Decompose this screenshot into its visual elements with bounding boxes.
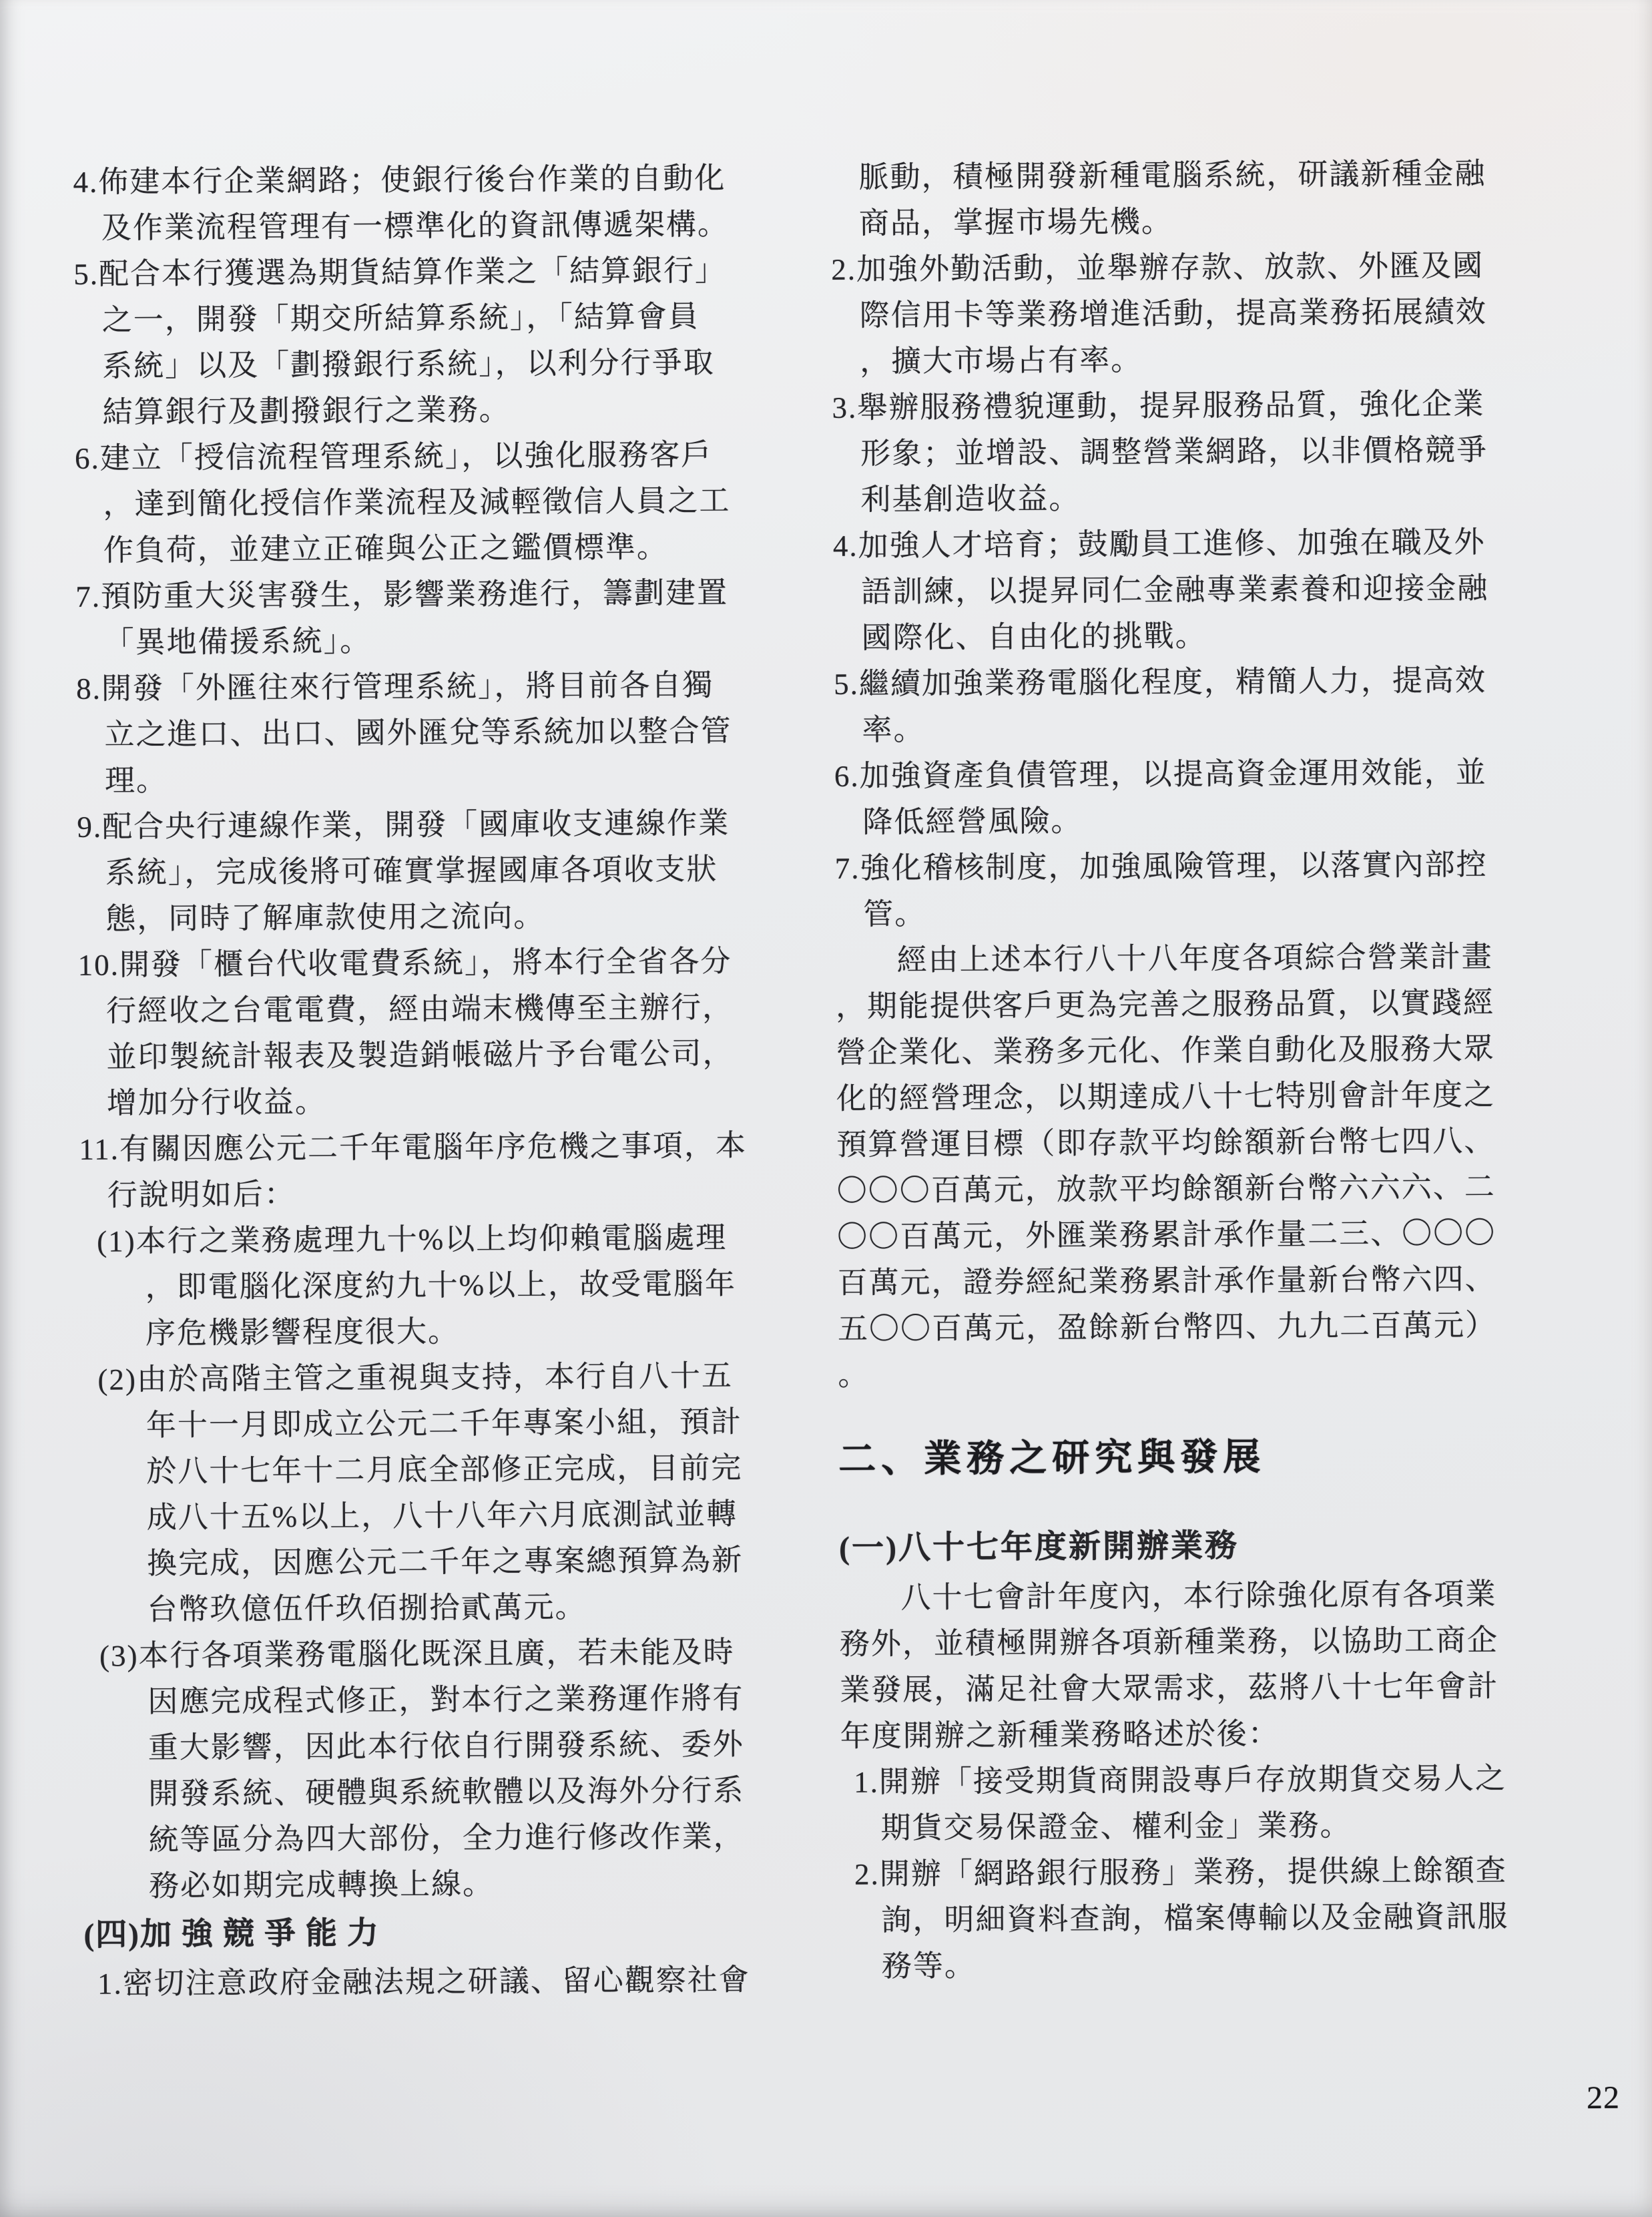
text-run: 系統」，完成後將可確實掌握國庫各項收支狀 — [105, 852, 718, 890]
text-line: (一)八十七年度新開辦業務 — [839, 1521, 1583, 1571]
text-run: 密切注意政府金融法規之研議、留心觀察社會 — [123, 1963, 750, 2001]
text-run: 序危機影響程度很大。 — [146, 1314, 459, 1350]
text-run: 期貨交易保證金、權利金」業務。 — [880, 1808, 1351, 1844]
text-run: 強化稽核制度，加強風險管理，以落實內部控 — [860, 848, 1487, 885]
text-run: 因應完成程式修正，對本行之業務運作將有 — [148, 1682, 744, 1718]
text-line: 6.建立「授信流程管理系統」，以強化服務客戶 — [75, 431, 806, 482]
text-line: 商品，掌握市場先機。 — [831, 196, 1575, 247]
text-run: 及作業流程管理有一標準化的資訊傳遞架構。 — [101, 208, 729, 245]
text-run: 國際化、自由化的挑戰。 — [862, 620, 1207, 655]
text-line: (四)加強競爭能力 — [83, 1908, 814, 1959]
list-item-1-continued: 脈動，積極開發新種電腦系統，研議新種金融商品，掌握市場先機。 — [830, 150, 1575, 247]
text-line: 開發系統、硬體與系統軟體以及海外分行系 — [83, 1767, 814, 1818]
text-run: 語訓練，以提昇同仁金融專業素養和迎接金融 — [861, 571, 1488, 609]
item-marker: (3) — [99, 1639, 139, 1672]
text-line: 行經收之台電電費，經由端末機傳至主辦行， — [78, 984, 809, 1035]
chapter-heading-2: 二、業務之研究與發展 — [838, 1429, 1583, 1487]
text-line: 期貨交易保證金、權利金」業務。 — [840, 1801, 1585, 1852]
text-run: 營企業化、業務多元化、作業自動化及服務大眾 — [836, 1032, 1494, 1069]
text-run: 。 — [838, 1359, 869, 1392]
text-run: 系統」以及「劃撥銀行系統」，以利分行爭取 — [102, 346, 715, 383]
text-run: 預防重大災害發生，影響業務進行，籌劃建置 — [101, 576, 728, 613]
text-run: 化的經營理念，以期達成八十七特別會計年度之 — [836, 1078, 1495, 1116]
text-line: 作負荷，並建立正確與公正之鑑價標準。 — [75, 523, 806, 574]
text-run: 脈動，積極開發新種電腦系統，研議新種金融 — [858, 157, 1486, 194]
item-marker: 1. — [97, 1967, 123, 2000]
item-marker: 11. — [79, 1132, 119, 1166]
text-run: 結算銀行及劃撥銀行之業務。 — [102, 393, 510, 429]
text-run: 率。 — [862, 713, 924, 747]
text-run: 五〇〇百萬元，盈餘新台幣四、九九二百萬元） — [838, 1308, 1496, 1346]
text-run: 開發系統、硬體與系統軟體以及海外分行系 — [148, 1774, 744, 1810]
text-run: 〇〇〇百萬元，放款平均餘額新台幣六六六、二 — [837, 1170, 1496, 1208]
text-run: 利基創造收益。 — [860, 482, 1080, 517]
text-run: 開發「外匯往來行管理系統」，將目前各自獨 — [101, 668, 714, 706]
text-line: 增加分行收益。 — [79, 1076, 810, 1127]
text-line: 務外，並積極開辦各項新種業務，以協助工商企 — [840, 1617, 1584, 1668]
list-item-10: 10.開發「櫃台代收電費系統」，將本行全省各分行經收之台電電費，經由端末機傳至主… — [77, 938, 810, 1127]
text-run: 務等。 — [882, 1949, 976, 1983]
text-run: 預算營運目標（即存款平均餘額新台幣七四八、 — [836, 1124, 1495, 1162]
text-line: 系統」以及「劃撥銀行系統」，以利分行爭取 — [74, 339, 805, 390]
text-line: (1)本行之業務處理九十%以上均仰賴電腦處理 — [79, 1214, 810, 1265]
text-run: ，即電腦化深度約九十%以上，故受電腦年 — [145, 1267, 736, 1304]
text-run: 開發「櫃台代收電費系統」，將本行全省各分 — [119, 945, 732, 982]
text-line: 9.配合央行連線作業，開發「國庫收支連線作業 — [77, 800, 808, 850]
list-item-1: 1.密切注意政府金融法規之研議、留心觀察社會 — [84, 1957, 815, 2007]
item-marker: 7. — [75, 580, 101, 613]
text-line: 〇〇〇百萬元，放款平均餘額新台幣六六六、二 — [837, 1164, 1581, 1214]
text-line: 百萬元，證券經紀業務累計承作量新台幣六四、 — [837, 1256, 1581, 1306]
text-run: 年度開辦之新種業務略述於後： — [840, 1717, 1280, 1753]
text-line: 台幣玖億伍仟玖佰捌拾貳萬元。 — [81, 1583, 812, 1634]
text-line: 11.有關因應公元二千年電腦年序危機之事項，本 — [79, 1122, 810, 1173]
text-run: 加強資產負債管理，以提高資金運用效能，並 — [860, 756, 1487, 793]
text-run: 加強競爭能力 — [140, 1916, 388, 1952]
text-run: 八十七會計年度內，本行除強化原有各項業 — [900, 1577, 1496, 1614]
text-run: 管。 — [863, 897, 926, 931]
list-item-4: 4.佈建本行企業網路；使銀行後台作業的自動化及作業流程管理有一標準化的資訊傳遞架… — [73, 155, 804, 252]
text-line: 序危機影響程度很大。 — [80, 1306, 811, 1357]
text-run: 統等區分為四大部份，全力進行修改作業， — [149, 1820, 745, 1857]
item-marker: 6. — [834, 760, 860, 793]
text-run: 開辦「網路銀行服務」業務，提供線上餘額查 — [880, 1854, 1507, 1891]
text-line: 重大影響，因此本行依自行開發系統、委外 — [83, 1721, 814, 1772]
text-run: 務必如期完成轉換上線。 — [149, 1867, 494, 1903]
text-run: (一)八十七年度新開辦業務 — [839, 1528, 1239, 1566]
intro-paragraph: 八十七會計年度內，本行除強化原有各項業務外，並積極開辦各項新種業務，以協助工商企… — [839, 1571, 1585, 1760]
text-line: 理。 — [77, 754, 808, 804]
text-line: 務必如期完成轉換上線。 — [83, 1859, 814, 1910]
text-run: 於八十七年十二月底全部修正完成，目前完 — [146, 1451, 742, 1488]
list-item-2: 2.加強外勤活動，並舉辦存款、放款、外匯及國際信用卡等業務增進活動，提高業務拓展… — [831, 242, 1576, 385]
text-line: 率。 — [834, 703, 1578, 754]
text-line: 換完成，因應公元二千年之專案總預算為新 — [81, 1537, 812, 1587]
text-line: 並印製統計報表及製造銷帳磁片予台電公司， — [78, 1030, 809, 1081]
text-line: 系統」，完成後將可確實掌握國庫各項收支狀 — [77, 846, 808, 897]
text-run: 有關因應公元二千年電腦年序危機之事項，本 — [119, 1129, 747, 1166]
text-line: 「異地備援系統」。 — [76, 615, 807, 666]
text-line: 2.加強外勤活動，並舉辦存款、放款、外匯及國 — [831, 242, 1575, 293]
text-line: 8.開發「外匯往來行管理系統」，將目前各自獨 — [76, 662, 807, 712]
text-run: 配合本行獲選為期貨結算作業之「結算銀行」 — [99, 254, 726, 291]
text-run: 詢，明細資料查詢，檔案傳輸以及金融資訊服 — [881, 1900, 1508, 1937]
text-run: 並印製統計報表及製造銷帳磁片予台電公司， — [106, 1037, 734, 1074]
text-run: 業發展，滿足社會大眾需求，茲將八十七年會計 — [840, 1670, 1498, 1707]
text-line: 1.密切注意政府金融法規之研議、留心觀察社會 — [84, 1957, 815, 2007]
list-item-5: 5.繼續加強業務電腦化程度，精簡人力，提高效率。 — [834, 657, 1579, 754]
text-line: 際信用卡等業務增進活動，提高業務拓展績效 — [832, 288, 1576, 339]
text-run: 態，同時了解庫款使用之流向。 — [105, 900, 545, 936]
item-marker: 2. — [854, 1858, 880, 1891]
text-line: 五〇〇百萬元，盈餘新台幣四、九九二百萬元） — [838, 1302, 1582, 1352]
item-marker: 7. — [835, 852, 860, 885]
list-item-6: 6.建立「授信流程管理系統」，以強化服務客戶，達到簡化授信作業流程及減輕徵信人員… — [75, 431, 806, 574]
text-run: 百萬元，證券經紀業務累計承作量新台幣六四、 — [837, 1262, 1496, 1300]
text-run: 年十一月即成立公元二千年專案小組，預計 — [146, 1405, 742, 1442]
text-line: 二、業務之研究與發展 — [838, 1429, 1583, 1487]
list-item-7: 7.強化稽核制度，加強風險管理，以落實內部控管。 — [835, 841, 1580, 938]
list-item-7: 7.預防重大災害發生，影響業務進行，籌劃建置「異地備援系統」。 — [75, 569, 807, 666]
text-line: 1.開辦「接受期貨商開設專戶存放期貨交易人之 — [840, 1755, 1585, 1806]
text-run: 際信用卡等業務增進活動，提高業務拓展績效 — [860, 295, 1487, 332]
text-run: 立之進口、出口、國外匯兌等系統加以整合管 — [104, 714, 732, 752]
list-item-4: 4.加強人才培育；鼓勵員工進修、加強在職及外語訓練，以提昇同仁金融專業素養和迎接… — [833, 519, 1578, 662]
text-run: ，達到簡化授信作業流程及減輕徵信人員之工 — [103, 484, 730, 521]
text-line: 詢，明細資料查詢，檔案傳輸以及金融資訊服 — [841, 1893, 1585, 1944]
text-line: 2.開辦「網路銀行服務」業務，提供線上餘額查 — [841, 1847, 1585, 1898]
text-line: 因應完成程式修正，對本行之業務運作將有 — [82, 1675, 813, 1726]
text-line: 國際化、自由化的挑戰。 — [833, 611, 1577, 662]
list-item-11: 11.有關因應公元二千年電腦年序危機之事項，本行說明如后： — [79, 1122, 810, 1219]
text-run: 增加分行收益。 — [107, 1085, 326, 1120]
item-marker: 1. — [854, 1766, 879, 1799]
item-marker: 2. — [831, 253, 856, 286]
text-run: 理。 — [105, 764, 168, 798]
text-line: 化的經營理念，以期達成八十七特別會計年度之 — [836, 1071, 1581, 1122]
text-line: ，期能提供客戶更為完善之服務品質，以實踐經 — [836, 979, 1580, 1030]
text-run: 繼續加強業務電腦化程度，精簡人力，提高效 — [859, 664, 1486, 701]
text-line: 立之進口、出口、國外匯兌等系統加以整合管 — [76, 708, 807, 758]
list-item-9: 9.配合央行連線作業，開發「國庫收支連線作業系統」，完成後將可確實掌握國庫各項收… — [77, 800, 808, 943]
text-run: 由於高階主管之重視與支持，本行自八十五 — [137, 1359, 733, 1396]
text-run: 「異地備援系統」。 — [104, 624, 372, 659]
text-run: 經由上述本行八十八年度各項綜合營業計畫 — [896, 940, 1492, 977]
text-line: 態，同時了解庫款使用之流向。 — [77, 892, 808, 943]
text-run: 成八十五%以上，八十八年六月底測試並轉 — [147, 1497, 738, 1534]
text-run: 開辦「接受期貨商開設專戶存放期貨交易人之 — [879, 1762, 1506, 1799]
new-business-item-1: 1.開辦「接受期貨商開設專戶存放期貨交易人之期貨交易保證金、權利金」業務。 — [840, 1755, 1585, 1852]
text-line: 務等。 — [842, 1939, 1586, 1990]
item-marker: 5. — [834, 668, 859, 701]
text-line: 經由上述本行八十八年度各項綜合營業計畫 — [835, 933, 1579, 984]
text-line: 〇〇百萬元，外匯業務累計承作量二三、〇〇〇 — [837, 1210, 1581, 1260]
text-run: 佈建本行企業網路；使銀行後台作業的自動化 — [98, 162, 726, 199]
text-line: 脈動，積極開發新種電腦系統，研議新種金融 — [830, 150, 1575, 201]
text-line: 年度開辦之新種業務略述於後： — [840, 1709, 1585, 1760]
sub-list-item-3: (3)本行各項業務電腦化既深且廣，若未能及時因應完成程式修正，對本行之業務運作將… — [82, 1629, 815, 1910]
item-marker: 4. — [73, 166, 98, 199]
text-line: (2)由於高階主管之重視與支持，本行自八十五 — [80, 1352, 811, 1403]
section-heading-1: (一)八十七年度新開辦業務 — [839, 1521, 1583, 1571]
text-run: 加強外勤活動，並舉辦存款、放款、外匯及國 — [856, 249, 1484, 286]
text-run: 作負荷，並建立正確與公正之鑑價標準。 — [103, 530, 668, 567]
text-line: 10.開發「櫃台代收電費系統」，將本行全省各分 — [77, 938, 808, 989]
sub-list-item-2: (2)由於高階主管之重視與支持，本行自八十五年十一月即成立公元二千年專案小組，預… — [80, 1352, 813, 1634]
text-line: 於八十七年十二月底全部修正完成，目前完 — [81, 1445, 812, 1495]
text-run: 之一，開發「期交所結算系統」，「結算會員 — [102, 300, 700, 336]
text-run: 建立「授信流程管理系統」，以強化服務客戶 — [100, 438, 713, 475]
text-line: 預算營運目標（即存款平均餘額新台幣七四八、 — [836, 1118, 1581, 1168]
item-marker: 3. — [832, 391, 857, 425]
text-line: 7.預防重大災害發生，影響業務進行，籌劃建置 — [75, 569, 806, 620]
text-line: 語訓練，以提昇同仁金融專業素養和迎接金融 — [833, 565, 1577, 615]
text-line: 成八十五%以上，八十八年六月底測試並轉 — [81, 1491, 812, 1541]
text-line: 業發展，滿足社會大眾需求，茲將八十七年會計 — [840, 1663, 1584, 1714]
text-line: ，達到簡化授信作業流程及減輕徵信人員之工 — [75, 477, 806, 528]
summary-paragraph: 經由上述本行八十八年度各項綜合營業計畫，期能提供客戶更為完善之服務品質，以實踐經… — [835, 933, 1582, 1399]
text-line: 4.佈建本行企業網路；使銀行後台作業的自動化 — [73, 155, 804, 206]
text-line: 行說明如后： — [79, 1168, 810, 1219]
text-run: 重大影響，因此本行依自行開發系統、委外 — [148, 1728, 744, 1764]
text-run: ，期能提供客戶更為完善之服務品質，以實踐經 — [836, 986, 1494, 1023]
text-run: ，擴大市場占有率。 — [860, 343, 1142, 379]
text-run: 加強人才培育；鼓勵員工進修、加強在職及外 — [858, 525, 1485, 563]
item-marker: (2) — [97, 1363, 137, 1396]
item-marker: 6. — [75, 442, 100, 475]
text-run: 形象；並增設、調整營業網路，以非價格競爭 — [860, 433, 1488, 471]
text-run: 台幣玖億伍仟玖佰捌拾貳萬元。 — [147, 1590, 586, 1626]
text-line: (3)本行各項業務電腦化既深且廣，若未能及時 — [82, 1629, 813, 1680]
list-item-8: 8.開發「外匯往來行管理系統」，將目前各自獨立之進口、出口、國外匯兌等系統加以整… — [76, 662, 808, 804]
text-line: 之一，開發「期交所結算系統」，「結算會員 — [74, 293, 805, 344]
text-run: 本行各項業務電腦化既深且廣，若未能及時 — [138, 1636, 734, 1672]
text-line: 八十七會計年度內，本行除強化原有各項業 — [839, 1571, 1583, 1622]
item-marker: 10. — [78, 948, 120, 981]
text-line: 年十一月即成立公元二千年專案小組，預計 — [81, 1399, 812, 1449]
item-marker: 4. — [833, 529, 858, 563]
item-marker: 8. — [76, 672, 101, 706]
text-line: 利基創造收益。 — [832, 473, 1577, 523]
text-line: 統等區分為四大部份，全力進行修改作業， — [83, 1813, 814, 1864]
text-line: 營企業化、業務多元化、作業自動化及服務大眾 — [836, 1025, 1580, 1076]
text-line: 結算銀行及劃撥銀行之業務。 — [74, 385, 805, 436]
page-content: 4.佈建本行企業網路；使銀行後台作業的自動化及作業流程管理有一標準化的資訊傳遞架… — [0, 0, 1652, 2217]
list-item-5: 5.配合本行獲選為期貨結算作業之「結算銀行」之一，開發「期交所結算系統」，「結算… — [73, 247, 806, 436]
section-heading-4: (四)加強競爭能力 — [83, 1908, 814, 1959]
text-run: 〇〇百萬元，外匯業務累計承作量二三、〇〇〇 — [837, 1216, 1496, 1254]
text-run: 商品，掌握市場先機。 — [859, 205, 1173, 240]
right-text-column: 脈動，積極開發新種電腦系統，研議新種金融商品，掌握市場先機。2.加強外勤活動，並… — [830, 150, 1586, 1990]
item-marker: 9. — [77, 810, 102, 844]
text-run: 二、業務之研究與發展 — [838, 1437, 1266, 1481]
left-text-column: 4.佈建本行企業網路；使銀行後台作業的自動化及作業流程管理有一標準化的資訊傳遞架… — [73, 155, 815, 2007]
item-marker: (1) — [97, 1224, 136, 1258]
text-line: 7.強化稽核制度，加強風險管理，以落實內部控 — [835, 841, 1579, 892]
sub-list-item-1: (1)本行之業務處理九十%以上均仰賴電腦處理，即電腦化深度約九十%以上，故受電腦… — [79, 1214, 811, 1357]
text-line: 5.繼續加強業務電腦化程度，精簡人力，提高效 — [834, 657, 1578, 708]
list-item-6: 6.加強資產負債管理，以提高資金運用效能，並降低經營風險。 — [834, 749, 1579, 846]
text-run: 行經收之台電電費，經由端末機傳至主辦行， — [106, 991, 734, 1028]
scanned-report-page: { "page": { "number": "22" }, "colors": … — [0, 0, 1652, 2217]
text-line: 及作業流程管理有一標準化的資訊傳遞架構。 — [73, 201, 804, 252]
text-line: 3.舉辦服務禮貌運動，提昇服務品質，強化企業 — [832, 381, 1576, 431]
text-line: 降低經營風險。 — [834, 795, 1579, 846]
page-number: 22 — [1587, 2079, 1620, 2116]
text-run: 換完成，因應公元二千年之專案總預算為新 — [147, 1543, 743, 1580]
text-line: 管。 — [835, 887, 1579, 938]
list-item-3: 3.舉辦服務禮貌運動，提昇服務品質，強化企業形象；並增設、調整營業網路，以非價格… — [832, 381, 1577, 523]
text-line: 4.加強人才培育；鼓勵員工進修、加強在職及外 — [833, 519, 1577, 569]
text-line: ，即電腦化深度約九十%以上，故受電腦年 — [79, 1260, 810, 1311]
text-line: 5.配合本行獲選為期貨結算作業之「結算銀行」 — [73, 247, 804, 298]
text-run: 務外，並積極開辦各項新種業務，以協助工商企 — [840, 1624, 1498, 1661]
item-marker: 5. — [73, 258, 99, 291]
text-run: 本行之業務處理九十%以上均仰賴電腦處理 — [136, 1221, 728, 1258]
text-line: 6.加強資產負債管理，以提高資金運用效能，並 — [834, 749, 1579, 800]
text-line: ，擴大市場占有率。 — [832, 334, 1576, 385]
text-run: 配合央行連線作業，開發「國庫收支連線作業 — [102, 806, 730, 844]
text-run: 降低經營風險。 — [862, 804, 1082, 839]
text-run: 舉辦服務禮貌運動，提昇服務品質，強化企業 — [857, 387, 1484, 425]
item-marker: (四) — [83, 1917, 140, 1953]
text-line: 形象；並增設、調整營業網路，以非價格競爭 — [832, 427, 1577, 477]
new-business-item-2: 2.開辦「網路銀行服務」業務，提供線上餘額查詢，明細資料查詢，檔案傳輸以及金融資… — [841, 1847, 1586, 1990]
text-line: 。 — [838, 1348, 1582, 1399]
text-run: 行說明如后： — [107, 1178, 296, 1212]
